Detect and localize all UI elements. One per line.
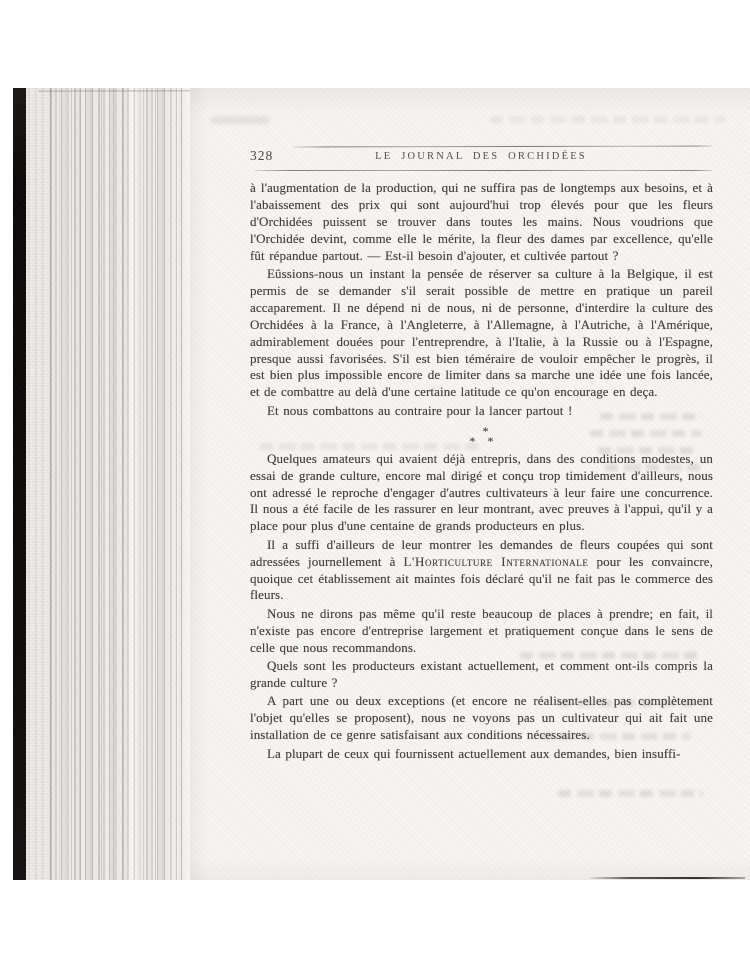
page-text-block: à l'augmentation de la production, qui n… <box>250 180 713 764</box>
bleedthrough-artifact <box>490 116 725 123</box>
page-edge-line <box>181 88 182 880</box>
bleedthrough-smudge <box>210 116 270 124</box>
header-rule-top <box>293 146 712 148</box>
body-paragraph: Eûssions-nous un instant la pensée de ré… <box>250 266 713 401</box>
header-rule-bottom <box>255 170 712 171</box>
asterism-top: * <box>254 427 717 436</box>
book-binding-edge <box>26 88 50 880</box>
journal-title: LE JOURNAL DES ORCHIDÉES <box>250 151 712 162</box>
section-divider-asterism: * * * <box>250 427 713 447</box>
scan-bottom-edge-shadow <box>590 877 745 879</box>
book-scan: 328 LE JOURNAL DES ORCHIDÉES à l'augment… <box>13 88 750 880</box>
stacked-page-edges-texture <box>50 88 178 880</box>
body-paragraph: A part une ou deux exceptions (et encore… <box>250 693 713 744</box>
body-paragraph: Et nous combattons au contraire pour la … <box>250 403 713 420</box>
scanner-background-edge <box>13 88 26 880</box>
body-paragraph: Nous ne dirons pas même qu'il reste beau… <box>250 606 713 657</box>
bleedthrough-artifact <box>558 790 703 797</box>
establishment-name-smallcaps: L'Horticulture Internationale <box>404 554 589 569</box>
body-paragraph: La plupart de ceux qui fournissent actue… <box>250 746 713 763</box>
book-page: 328 LE JOURNAL DES ORCHIDÉES à l'augment… <box>190 88 750 880</box>
body-paragraph: à l'augmentation de la production, qui n… <box>250 180 713 265</box>
body-paragraph: Il a suffi d'ailleurs de leur montrer le… <box>250 537 713 605</box>
body-paragraph: Quelques amateurs qui avaient déjà entre… <box>250 451 713 536</box>
scanned-journal-photo: 328 LE JOURNAL DES ORCHIDÉES à l'augment… <box>0 0 750 969</box>
body-paragraph: Quels sont les producteurs existant actu… <box>250 658 713 692</box>
